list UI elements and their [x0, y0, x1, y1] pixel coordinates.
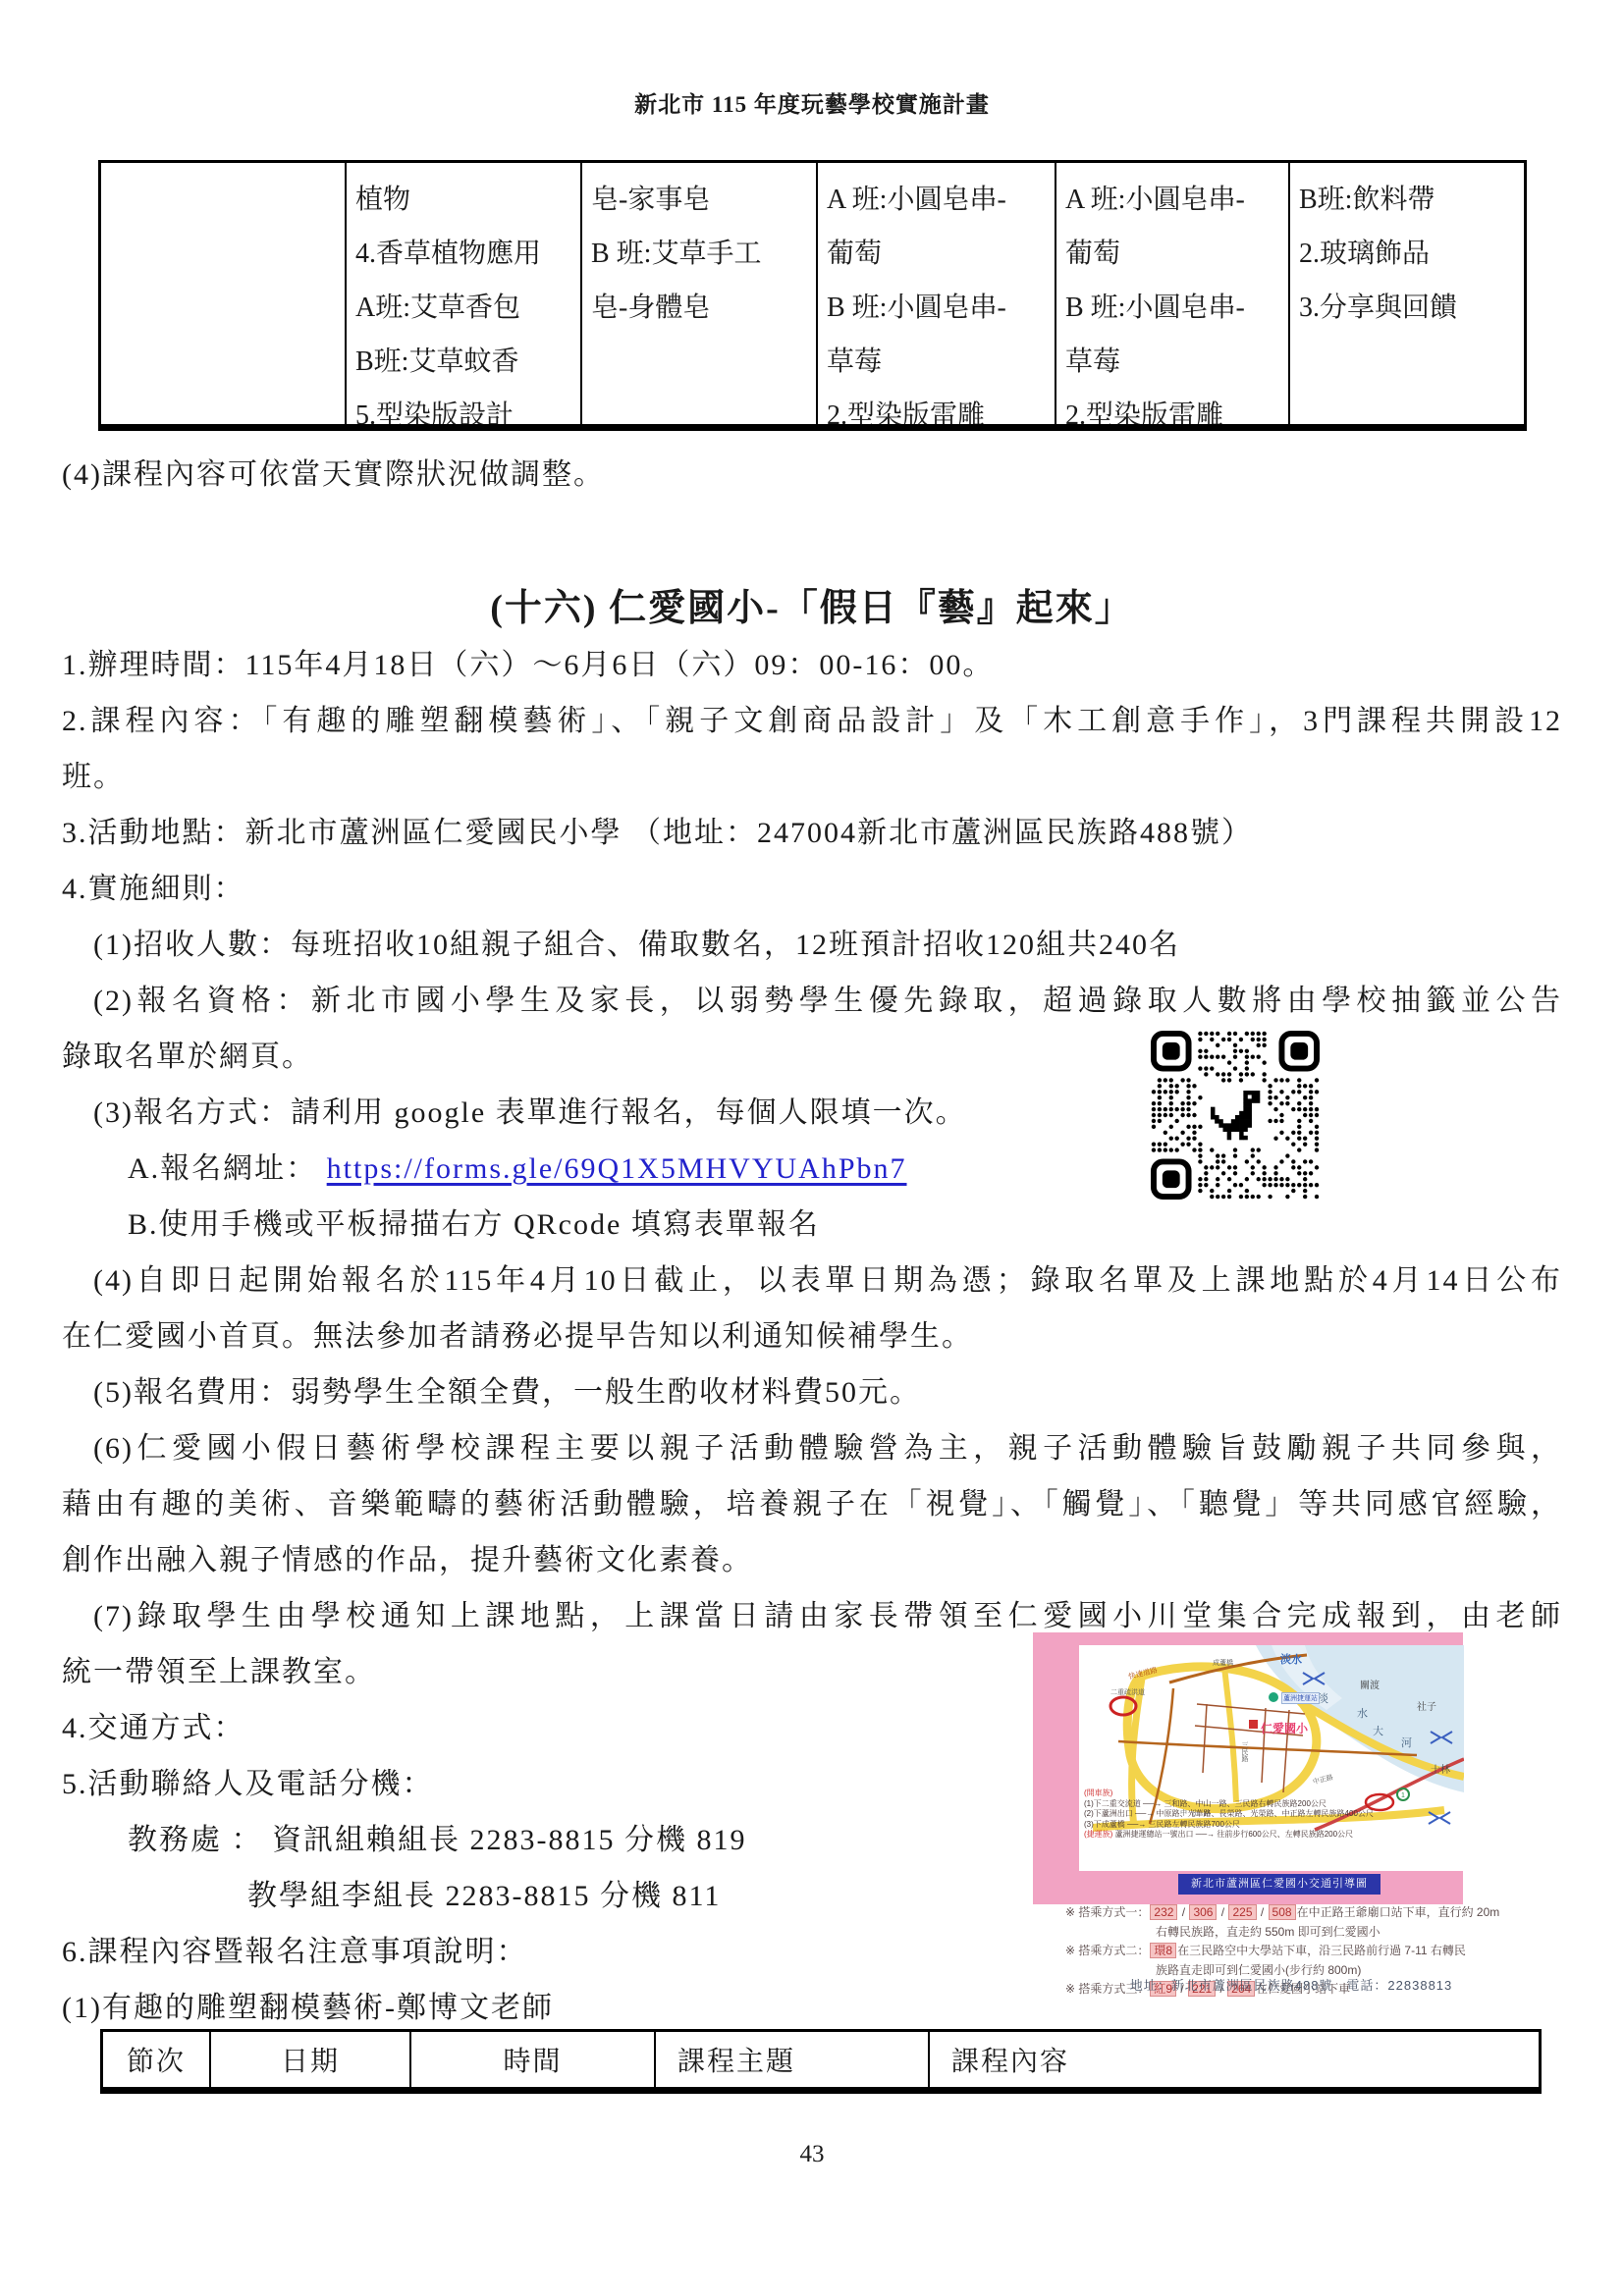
- body-line: (5)報名費用：弱勢學生全額全費，一般生酌收材料費50元。: [93, 1375, 921, 1411]
- column-header: 節次: [103, 2032, 211, 2087]
- body-line: 在仁愛國小首頁。無法參加者請務必提早告知以利通知候補學生。: [62, 1319, 973, 1355]
- map-legend: (開車族) (1)下二重交流道 ──→ 三和路、中山一路、三民路右轉民族路200…: [1084, 1789, 1461, 1841]
- bus-line-text: 在三民路空中大學站下車，沿三民路前行過 7-11 右轉民: [1177, 1944, 1466, 1957]
- legend-text: (2)下蘆洲出口 ──→ 中原路、光華路、長榮路、光榮路、中正路左轉民族路400…: [1084, 1809, 1374, 1818]
- bus-line-prefix: ※ 搭乘方式一：: [1065, 1905, 1149, 1919]
- course-table-cell: 植物4.香草植物應用A班:艾草香包B班:艾草蚊香5.型染版設計: [347, 163, 582, 424]
- bus-number-badge: 306: [1189, 1904, 1217, 1920]
- bus-line-text: 在中正路王爺廟口站下車，直行約 20m: [1297, 1905, 1500, 1919]
- map-legend-line: (3)下成蘆橋 ──→ 三民路左轉民族路700公尺: [1084, 1820, 1461, 1831]
- table-cell-line: A 班:小圓皂串-: [1065, 173, 1284, 227]
- body-line: A.報名網址： https://forms.gle/69Q1X5MHVYUAhP…: [128, 1151, 907, 1187]
- body-line: 統一帶領至上課教室。: [62, 1655, 376, 1690]
- table-cell-line: 2.型染版雷雕: [1065, 389, 1284, 424]
- table-cell-line: 植物: [355, 173, 576, 227]
- map-panel: 1 淡水關渡淡水河社子士林大快速道路二重疏洪道成蘆橋中山路三民路中正路蘆洲捷運站…: [1079, 1645, 1464, 1871]
- map-legend-line: (捷運族) 蘆洲捷運總站一號出口 ──→ 往前步行600公尺、左轉民族路200公…: [1084, 1830, 1461, 1841]
- body-line: 班。: [62, 760, 125, 795]
- bus-number-badge: 環8: [1150, 1943, 1176, 1958]
- table-cell-line: B 班:小圓皂串-: [827, 281, 1051, 335]
- table-cell-line: A 班:小圓皂串-: [827, 173, 1051, 227]
- body-line: 4.交通方式：: [62, 1711, 245, 1746]
- column-header: 日期: [211, 2032, 411, 2087]
- table-note: (4)課程內容可依當天實際狀況做調整。: [62, 450, 605, 493]
- table-cell-line: 5.型染版設計: [355, 389, 576, 424]
- body-line: 6.課程內容暨報名注意事項說明：: [62, 1935, 528, 1970]
- column-header: 課程內容: [930, 2032, 1539, 2087]
- body-line: 3.活動地點：新北市蘆洲區仁愛國民小學 （地址：247004新北市蘆洲區民族路4…: [62, 816, 1253, 851]
- column-header: 時間: [411, 2032, 656, 2087]
- course-table-cell: 皂-家事皂B 班:艾草手工皂-身體皂: [582, 163, 818, 424]
- map-label: 大: [1373, 1723, 1383, 1738]
- bus-route-line: ※ 搭乘方式二：環8在三民路空中大學站下車，沿三民路前行過 7-11 右轉民: [1065, 1942, 1556, 1961]
- body-line: 藉由有趣的美術、音樂範疇的藝術活動體驗，培養親子在「視覺」、「觸覺」、「聽覺」等…: [62, 1487, 1562, 1522]
- page-header-title: 新北市 115 年度玩藝學校實施計畫: [0, 86, 1624, 119]
- map-label: 成蘆橋: [1213, 1658, 1233, 1668]
- course-table-cell: B班:飲料帶2.玻璃飾品3.分享與回饋: [1290, 163, 1524, 424]
- body-line: 2.課程內容：「有趣的雕塑翻模藝術」、「親子文創商品設計」及「木工創意手作」，3…: [62, 704, 1562, 739]
- column-header: 課程主題: [656, 2032, 930, 2087]
- body-line: (1)有趣的雕塑翻模藝術-鄭博文老師: [62, 1991, 554, 2026]
- bus-number-badge: 508: [1269, 1904, 1296, 1920]
- map-label: 三民路: [1239, 1741, 1249, 1762]
- table-cell-line: B 班:艾草手工: [591, 227, 812, 281]
- body-line: (3)報名方式：請利用 google 表單進行報名，每個人限填一次。: [93, 1095, 967, 1131]
- table-cell-line: 草莓: [827, 335, 1051, 389]
- body-line: 1.辦理時間：115年4月18日（六）～6月6日（六）09：00-16：00。: [62, 648, 994, 683]
- table-cell-line: B班:艾草蚊香: [355, 335, 576, 389]
- bus-line-text: 右轉民族路，直走約 550m 即可到仁愛國小: [1156, 1925, 1380, 1939]
- bus-number-badge: 225: [1228, 1904, 1256, 1920]
- table-cell-line: A班:艾草香包: [355, 281, 576, 335]
- map-label: 關渡: [1360, 1677, 1380, 1691]
- table-cell-line: B班:飲料帶: [1299, 173, 1520, 227]
- table-cell-line: B 班:小圓皂串-: [1065, 281, 1284, 335]
- map-label: 蘆洲捷運站: [1281, 1692, 1320, 1704]
- table-cell-line: 葡萄: [1065, 227, 1284, 281]
- link-prefix: A.報名網址：: [128, 1152, 327, 1185]
- course-schedule-table: 植物4.香草植物應用A班:艾草香包B班:艾草蚊香5.型染版設計皂-家事皂B 班:…: [98, 160, 1527, 431]
- body-line: 教務處 ： 資訊組賴組長 2283-8815 分機 819: [128, 1823, 747, 1858]
- body-line: (1)招收人數：每班招收10組親子組合、備取數名，12班預計招收120組共240…: [93, 928, 1180, 963]
- table-cell-line: 皂-身體皂: [591, 281, 812, 335]
- body-line: (6)仁愛國小假日藝術學校課程主要以親子活動體驗營為主，親子活動體驗旨鼓勵親子共…: [93, 1431, 1562, 1467]
- section-heading: (十六) 仁愛國小-「假日『藝』起來」: [0, 577, 1624, 631]
- map-legend-line: (1)下二重交流道 ──→ 三和路、中山一路、三民路右轉民族路200公尺: [1084, 1799, 1461, 1810]
- course-table-cell: A 班:小圓皂串-葡萄B 班:小圓皂串-草莓2.型染版雷雕: [1056, 163, 1290, 424]
- map-legend-line: (2)下蘆洲出口 ──→ 中原路、光華路、長榮路、光榮路、中正路左轉民族路400…: [1084, 1809, 1461, 1820]
- course-table-cell: [101, 163, 347, 424]
- course-table-cell: A 班:小圓皂串-葡萄B 班:小圓皂串-草莓2.型染版雷雕: [818, 163, 1056, 424]
- document-page: 新北市 115 年度玩藝學校實施計畫 植物4.香草植物應用A班:艾草香包B班:艾…: [0, 0, 1624, 2296]
- table-cell-line: 草莓: [1065, 335, 1284, 389]
- traffic-map-figure: 1 淡水關渡淡水河社子士林大快速道路二重疏洪道成蘆橋中山路三民路中正路蘆洲捷運站…: [1021, 1629, 1556, 2024]
- legend-text: 蘆洲捷運總站一號出口 ──→ 往前步行600公尺、左轉民族路200公尺: [1115, 1830, 1353, 1839]
- legend-head: (開車族): [1084, 1789, 1112, 1797]
- body-line: (2)報名資格：新北市國小學生及家長，以弱勢學生優先錄取，超過錄取人數將由學校抽…: [93, 984, 1562, 1019]
- table-cell-line: 2.玻璃飾品: [1299, 227, 1520, 281]
- map-label: 仁愛國小: [1261, 1720, 1308, 1736]
- registration-link[interactable]: https://forms.gle/69Q1X5MHVYUAhPbn7: [327, 1152, 907, 1185]
- legend-head: (捷運族): [1084, 1830, 1112, 1839]
- table-cell-line: 2.型染版雷雕: [827, 389, 1051, 424]
- map-label: 水: [1357, 1705, 1368, 1721]
- table-cell-line: 4.香草植物應用: [355, 227, 576, 281]
- body-line: 創作出融入親子情感的作品，提升藝術文化素養。: [62, 1543, 753, 1578]
- body-line: 教學組李組長 2283-8815 分機 811: [247, 1879, 721, 1914]
- map-label: 二重疏洪道: [1110, 1687, 1145, 1697]
- table-cell-line: 葡萄: [827, 227, 1051, 281]
- bus-route-line: 右轉民族路，直走約 550m 即可到仁愛國小: [1065, 1923, 1556, 1943]
- table-cell-line: 3.分享與回饋: [1299, 281, 1520, 335]
- legend-text: (1)下二重交流道 ──→ 三和路、中山一路、三民路右轉民族路200公尺: [1084, 1799, 1326, 1808]
- body-line: B.使用手機或平板掃描右方 QRcode 填寫表單報名: [128, 1207, 820, 1243]
- map-label: 河: [1401, 1735, 1412, 1750]
- registration-qrcode: [1151, 1031, 1320, 1200]
- table-cell-line: 皂-家事皂: [591, 173, 812, 227]
- body-line: (4)自即日起開始報名於115年4月10日截止，以表單日期為憑；錄取名單及上課地…: [93, 1263, 1562, 1299]
- bus-number-badge: 232: [1150, 1904, 1177, 1920]
- body-line: 5.活動聯絡人及電話分機：: [62, 1767, 434, 1802]
- map-title-banner: 新北市蘆洲區仁愛國小交通引導圖: [1178, 1874, 1380, 1895]
- course-detail-table-header: 節次日期時間課程主題課程內容: [100, 2029, 1542, 2094]
- map-label: 士林: [1431, 1761, 1450, 1776]
- bus-line-prefix: ※ 搭乘方式二：: [1065, 1944, 1149, 1957]
- legend-text: (3)下成蘆橋 ──→ 三民路左轉民族路700公尺: [1084, 1820, 1240, 1829]
- map-legend-line: (開車族): [1084, 1789, 1461, 1799]
- school-address: 地址：新北市蘆洲區民族路488號 電話：22838813: [1080, 1975, 1502, 1994]
- page-number: 43: [0, 2141, 1624, 2168]
- map-pink-frame: 1 淡水關渡淡水河社子士林大快速道路二重疏洪道成蘆橋中山路三民路中正路蘆洲捷運站…: [1033, 1632, 1463, 1904]
- map-label: 社子: [1417, 1698, 1436, 1713]
- map-label: 淡水: [1280, 1651, 1302, 1667]
- bus-route-line: ※ 搭乘方式一：232 / 306 / 225 / 508在中正路王爺廟口站下車…: [1065, 1903, 1556, 1923]
- body-line: 4.實施細則：: [62, 872, 245, 907]
- body-line: 錄取名單於網頁。: [62, 1040, 313, 1075]
